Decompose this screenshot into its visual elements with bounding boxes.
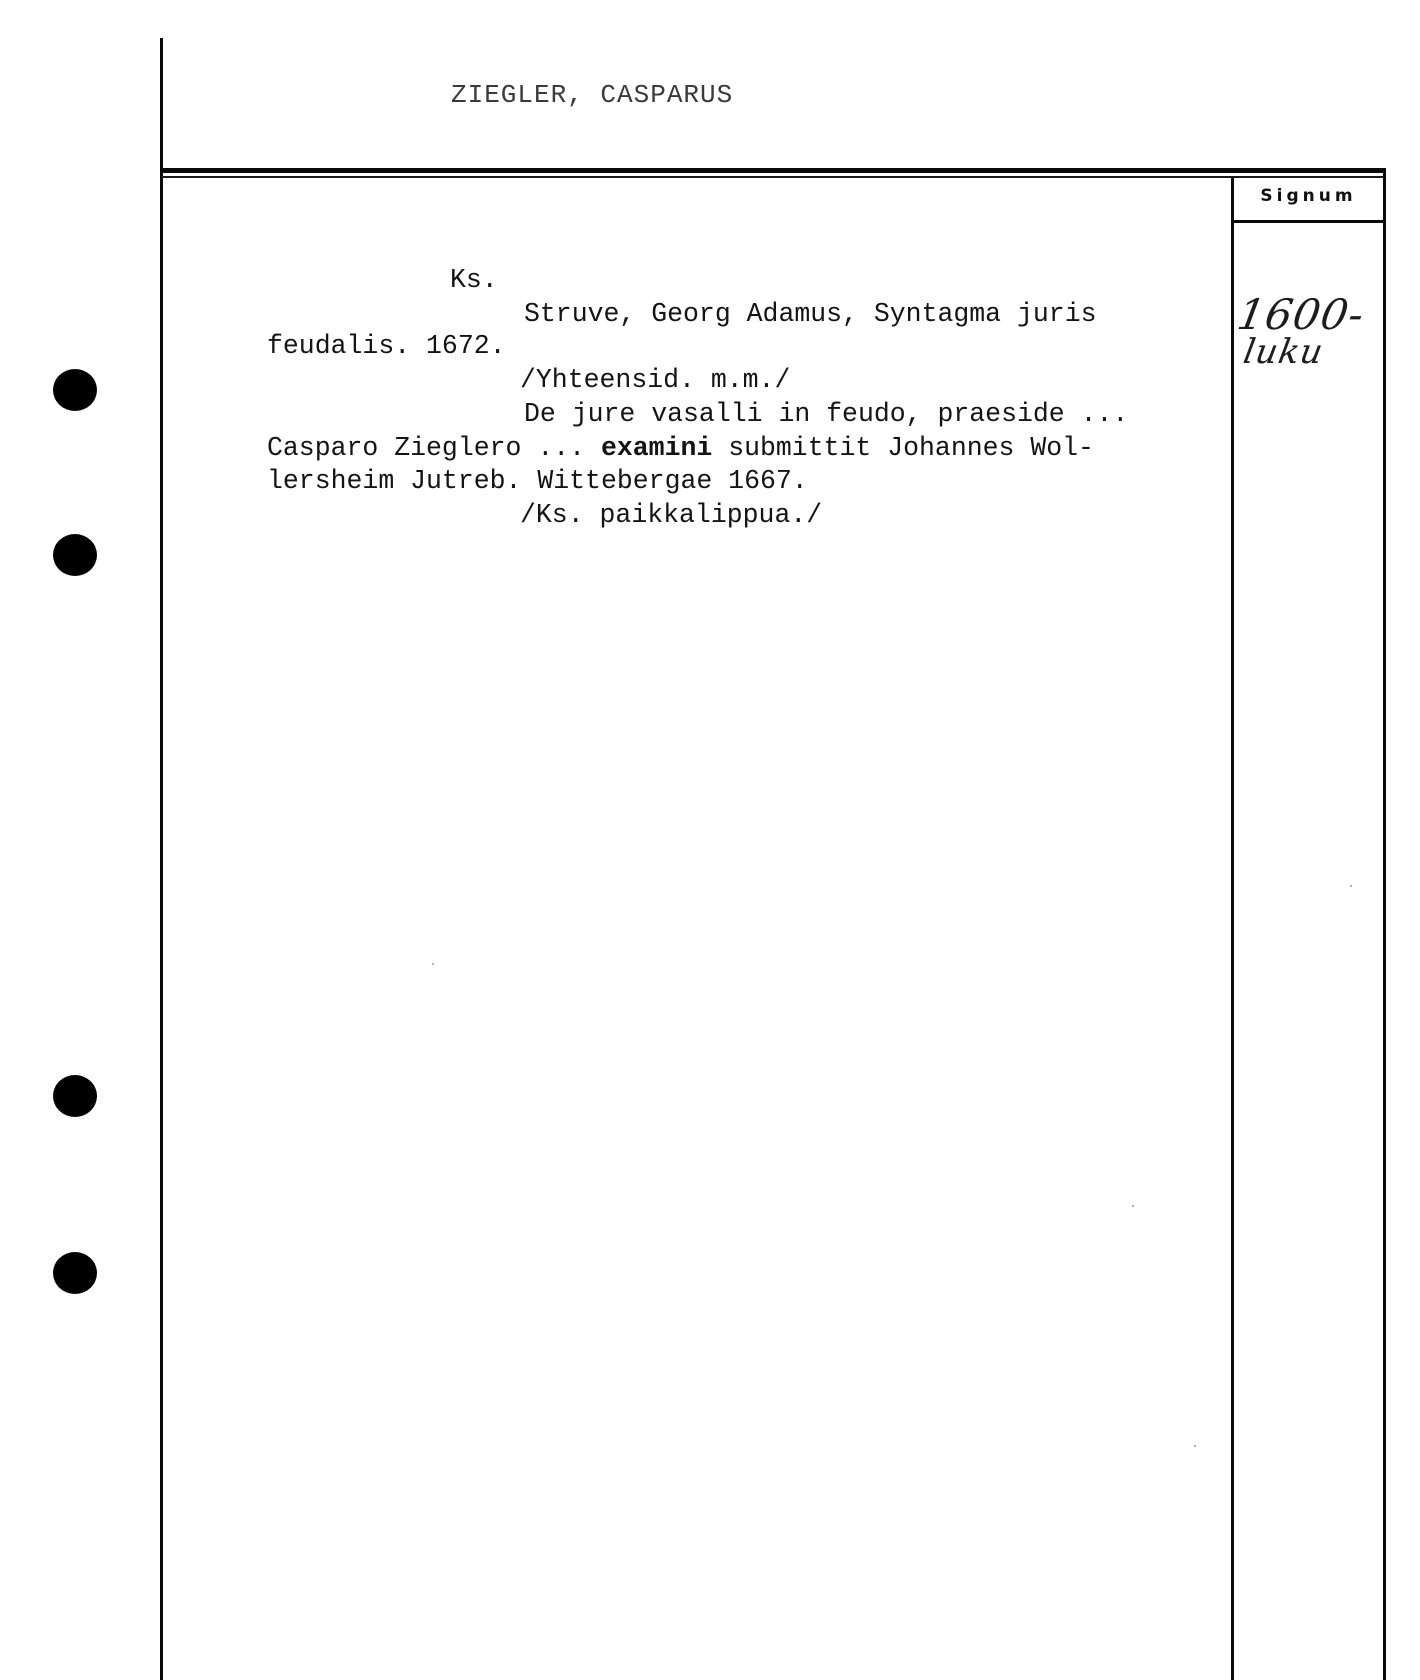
punch-hole xyxy=(53,369,97,411)
entry-line: lersheim Jutreb. Wittebergae 1667. xyxy=(267,466,808,496)
signum-column-right-rule xyxy=(1383,168,1386,1680)
scan-speck xyxy=(432,963,434,965)
signum-column-left-rule xyxy=(1231,177,1234,1680)
heading-rule-thin xyxy=(161,176,1386,178)
punch-hole xyxy=(53,534,97,576)
punch-hole xyxy=(53,1075,97,1117)
scan-speck xyxy=(1132,1205,1134,1207)
entry-text: submittit Johannes Wol- xyxy=(712,433,1094,463)
heading-rule-thick xyxy=(161,168,1386,173)
card-heading: ZIEGLER, CASPARUS xyxy=(451,80,733,110)
entry-line: feudalis. 1672. xyxy=(267,331,506,361)
entry-line: Casparo Zieglero ... examini submittit J… xyxy=(267,433,1094,463)
see-reference-label: Ks. xyxy=(450,265,498,295)
signum-header-rule xyxy=(1231,220,1386,223)
entry-note: /Yhteensid. m.m./ xyxy=(520,365,790,395)
scan-speck xyxy=(1350,885,1352,887)
punch-hole xyxy=(53,1252,97,1294)
catalog-card: ZIEGLER, CASPARUS Signum 1600- luku Ks. … xyxy=(0,0,1420,1680)
signum-label: Signum xyxy=(1234,186,1383,206)
signum-handwritten-luku: luku xyxy=(1240,332,1326,372)
entry-text: Casparo Zieglero ... xyxy=(267,433,601,463)
entry-note: /Ks. paikkalippua./ xyxy=(520,500,822,530)
left-margin-rule xyxy=(160,38,163,1680)
scan-speck xyxy=(1194,1445,1196,1447)
entry-line: Struve, Georg Adamus, Syntagma juris xyxy=(524,299,1097,329)
entry-text-bold: examini xyxy=(601,433,712,463)
entry-line: De jure vasalli in feudo, praeside ... xyxy=(524,399,1128,429)
